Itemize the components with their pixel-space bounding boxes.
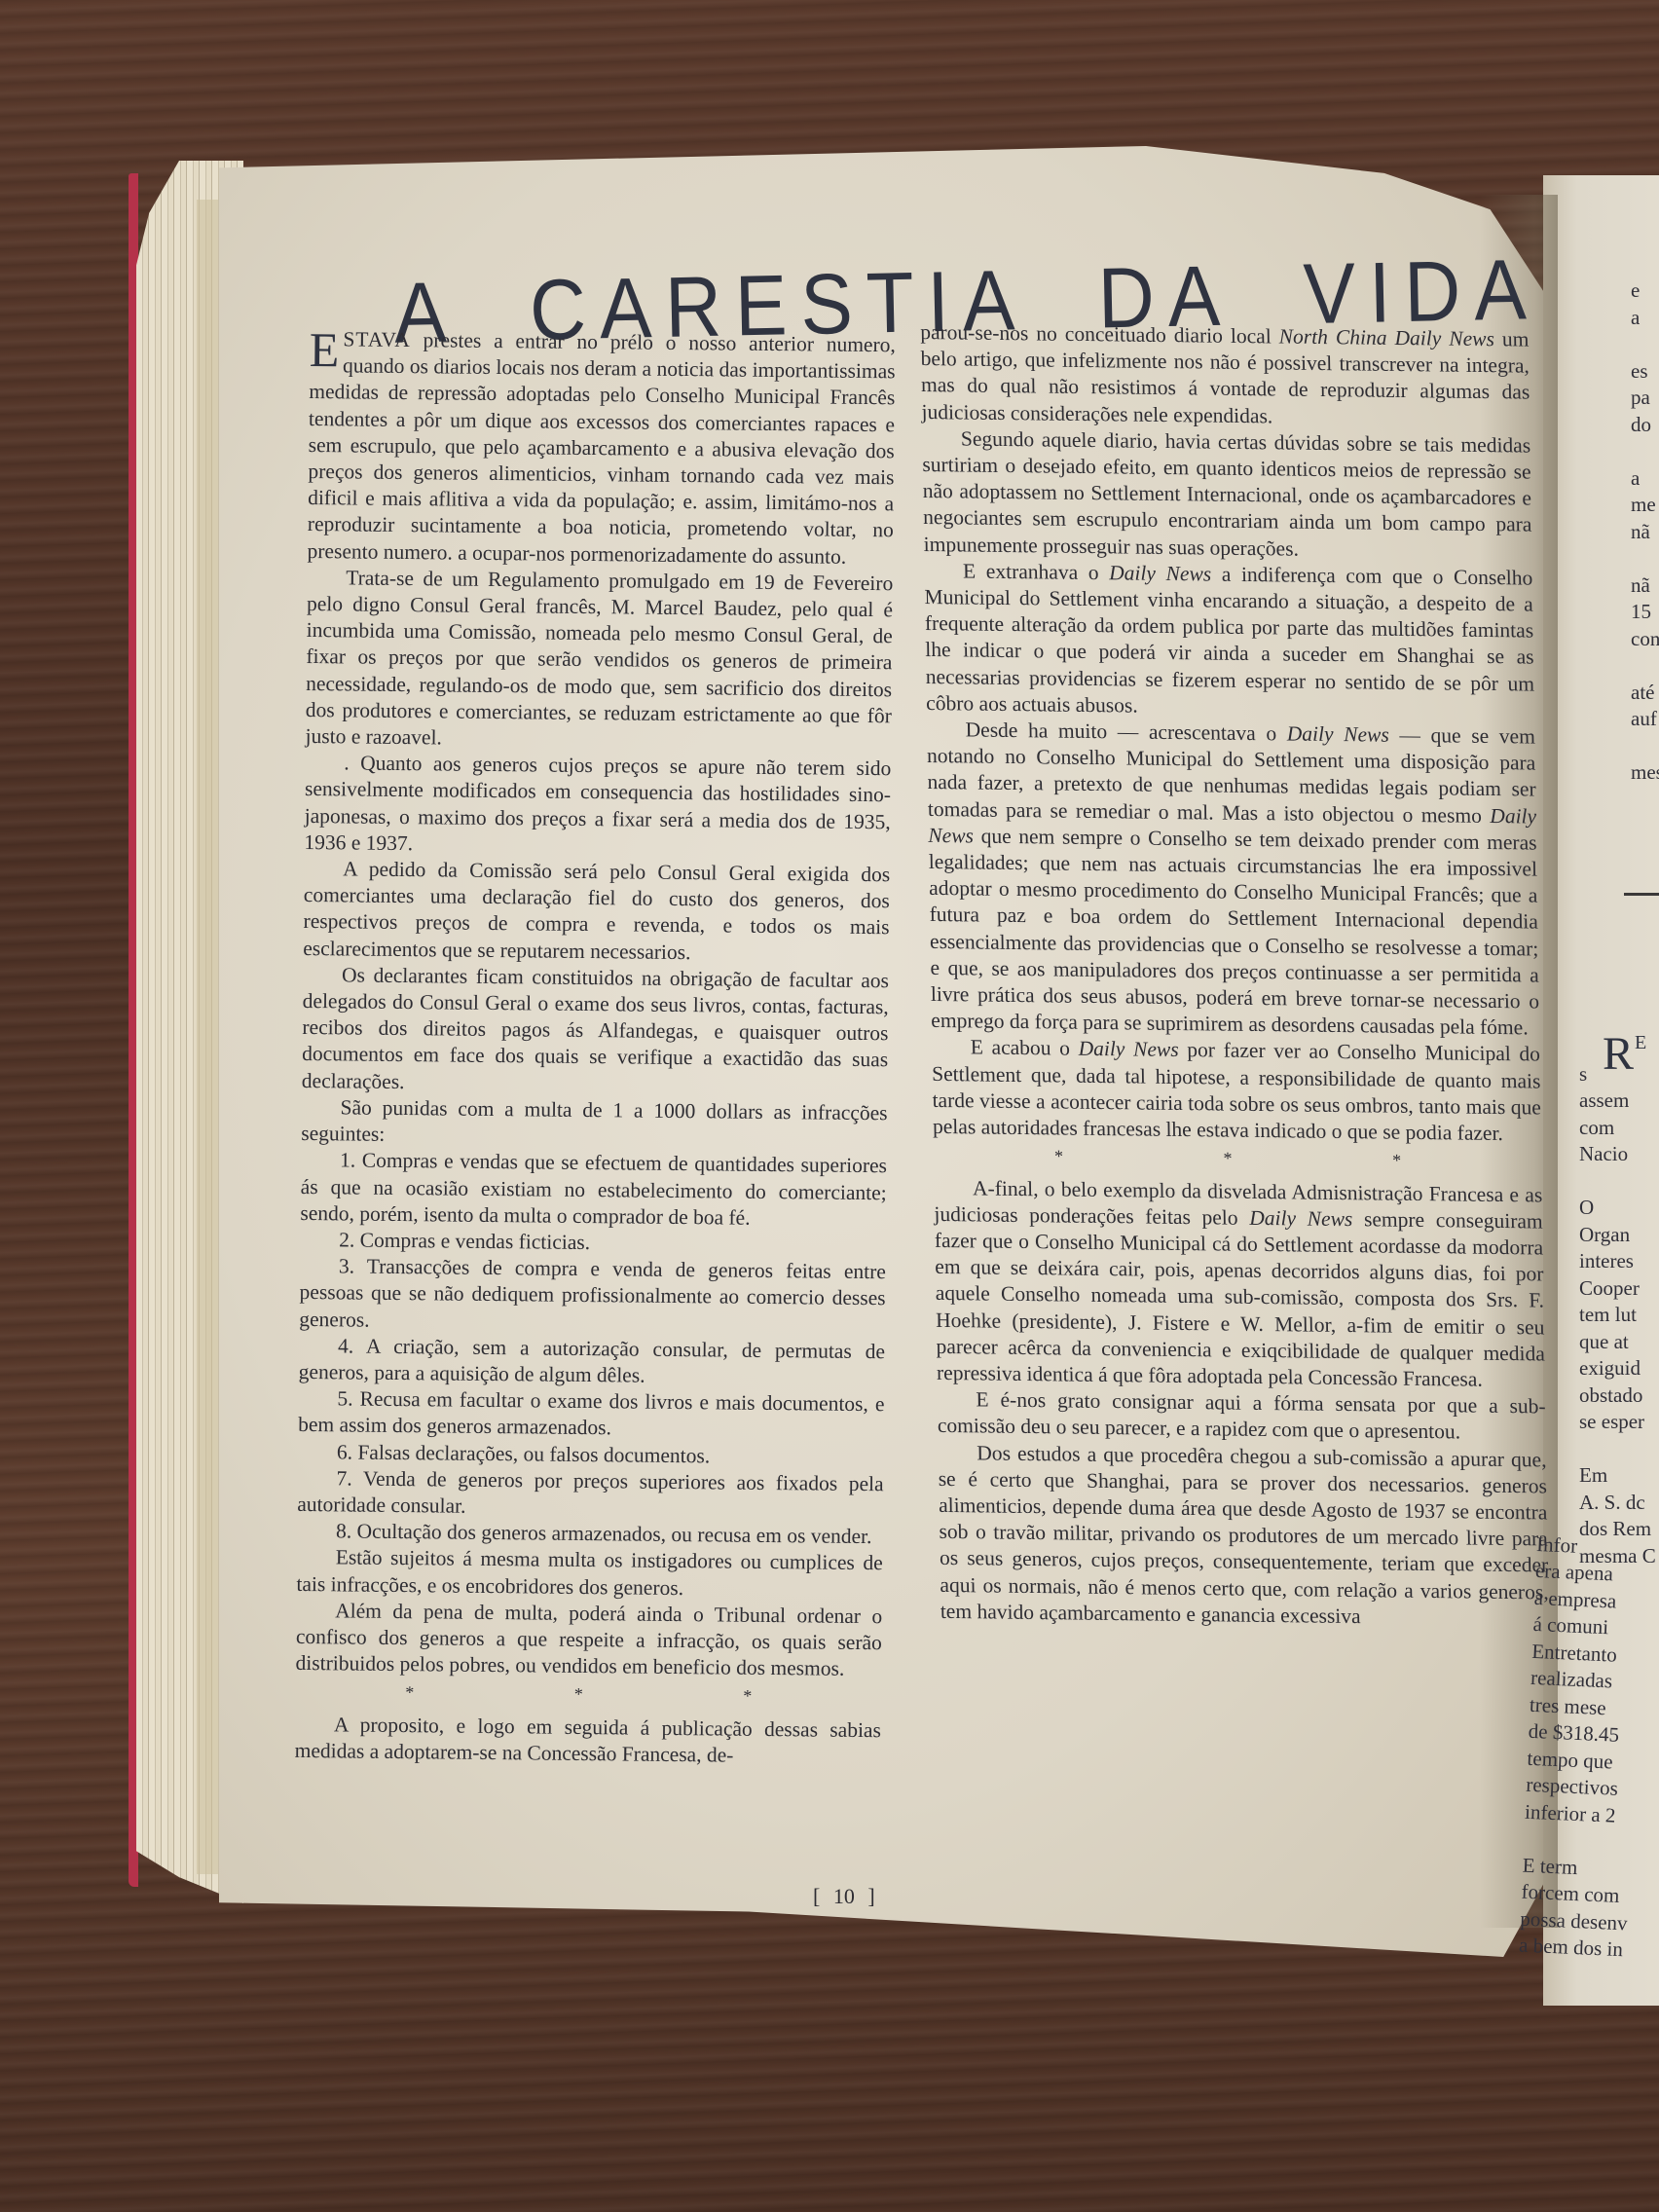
page-content: A CARESTIA DA VIDA ESTAVA prestes a entr…: [0, 0, 1659, 2212]
drop-cap: E: [310, 330, 340, 369]
paragraph: São punidas com a multa de 1 a 1000 doll…: [301, 1094, 888, 1154]
page-number: [ 10 ]: [813, 1884, 875, 1909]
paragraph: E acabou o Daily News por fazer ver ao C…: [932, 1034, 1542, 1147]
right-column: parou-se-nos no conceituado diario local…: [920, 319, 1549, 1632]
infraction-item: 5. Recusa em facultar o exame dos livros…: [298, 1385, 885, 1445]
paragraph: E extranhava o Daily News a indiferença …: [924, 558, 1535, 724]
infraction-item: 4. A criação, sem a autorização consular…: [299, 1333, 886, 1392]
paragraph: Segundo aquele diario, havia certas dúvi…: [922, 425, 1532, 566]
paragraph: A proposito, e logo em seguida á publica…: [295, 1711, 882, 1770]
publication-name: North China Daily News: [1279, 325, 1495, 351]
paragraph: . Quanto aos generos cujos preços se apu…: [304, 750, 891, 862]
paragraph: Os declarantes ficam constituidos na obr…: [302, 962, 889, 1100]
paragraph: Dos estudos a que procedêra chegou a sub…: [938, 1439, 1549, 1632]
paragraph: A pedido da Comissão será pelo Consul Ge…: [303, 856, 890, 968]
paragraph: Além da pena de multa, poderá ainda o Tr…: [295, 1598, 882, 1683]
publication-name: Daily News: [1109, 561, 1211, 585]
paragraph: parou-se-nos no conceituado diario local…: [920, 319, 1530, 432]
facing-page-rule: [1624, 893, 1659, 896]
facing-page-text-top: e a es pa do a me nã nã 15 con até auf m…: [1631, 277, 1659, 787]
publication-name: Daily News: [1078, 1037, 1178, 1061]
paragraph: Desde ha muito — acrescentava o Daily Ne…: [926, 717, 1539, 1042]
paragraph: Estão sujeitos á mesma multa os instigad…: [296, 1544, 883, 1604]
publication-name: Daily News: [1287, 722, 1389, 747]
infraction-item: 7. Venda de generos por preços superiore…: [297, 1465, 884, 1525]
paragraph: A-final, o belo exemplo da disvelada Adm…: [934, 1174, 1546, 1393]
facing-page-text-bottom: Infor era apena a empresa á comuni Entre…: [1519, 1504, 1659, 1964]
infraction-item: 1. Compras e vendas que se efectuem de q…: [300, 1147, 887, 1233]
paragraph: E é-nos grato consignar aqui a fórma sen…: [937, 1386, 1546, 1447]
facing-page-text-mid: s assem com Nacio O Organ interes Cooper…: [1579, 1034, 1659, 1569]
infraction-item: 3. Transacções de compra e venda de gene…: [299, 1253, 886, 1339]
publication-name: Daily News: [1249, 1206, 1352, 1231]
intro-paragraph: ESTAVA prestes a entrar no prélo o nosso…: [307, 326, 896, 571]
left-column: ESTAVA prestes a entrar no prélo o nosso…: [295, 326, 896, 1770]
paragraph: Trata-se de um Regulamento promulgado em…: [305, 565, 893, 756]
